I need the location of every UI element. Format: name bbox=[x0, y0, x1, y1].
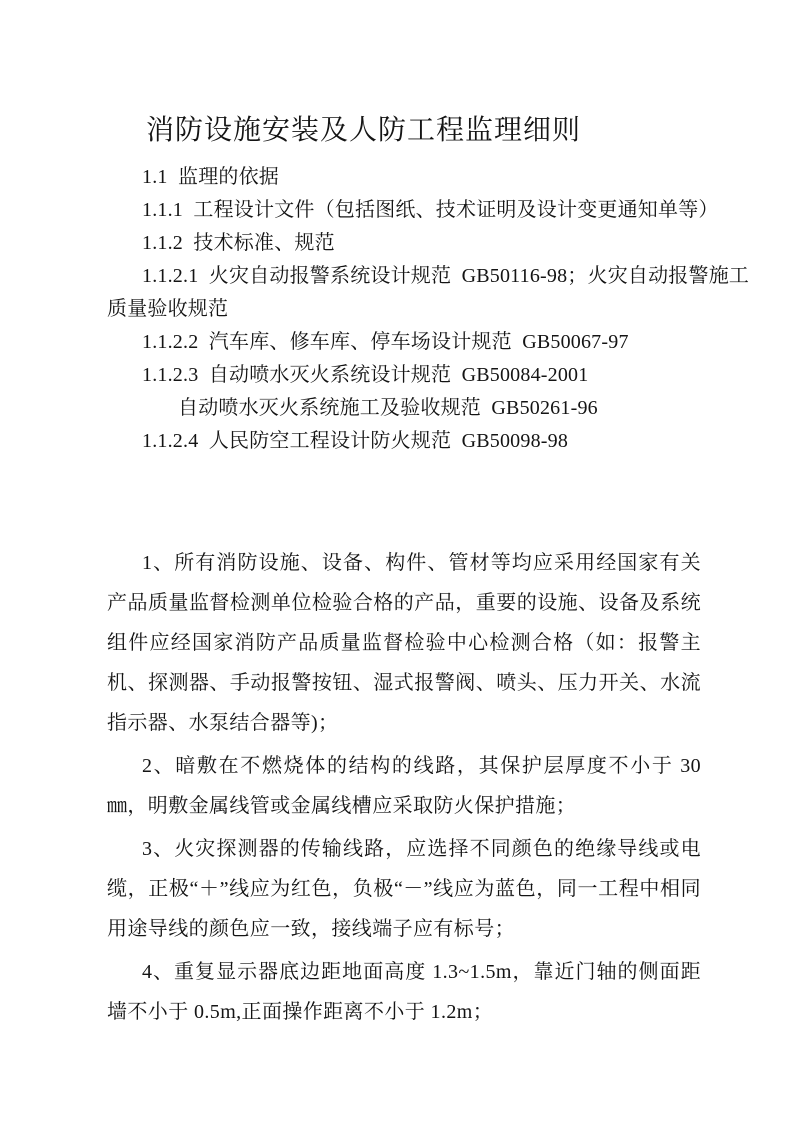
basis-line-1-1: 1.1 监理的依据 bbox=[107, 161, 717, 194]
basis-line-1-1-2-1: 1.1.2.1 火灾自动报警系统设计规范 GB50116-98；火灾自动报警施工 bbox=[107, 260, 717, 293]
basis-section: 1.1 监理的依据 1.1.1 工程设计文件（包括图纸、技术证明及设计变更通知单… bbox=[107, 161, 717, 458]
basis-line-1-1-2: 1.1.2 技术标准、规范 bbox=[107, 227, 717, 260]
basis-line-1-1-2-2: 1.1.2.2 汽车库、修车库、停车场设计规范 GB50067-97 bbox=[107, 326, 717, 359]
requirement-paragraph-1: 1、所有消防设施、设备、构件、管材等均应采用经国家有关产品质量监督检测单位检验合… bbox=[107, 543, 701, 743]
document-page: 消防设施安装及人防工程监理细则 1.1 监理的依据 1.1.1 工程设计文件（包… bbox=[0, 0, 793, 1122]
requirement-paragraph-3: 3、火灾探测器的传输线路，应选择不同颜色的绝缘导线或电缆，正极“＋”线应为红色，… bbox=[107, 829, 701, 949]
basis-line-1-1-1: 1.1.1 工程设计文件（包括图纸、技术证明及设计变更通知单等） bbox=[107, 194, 717, 227]
basis-line-1-1-2-4: 1.1.2.4 人民防空工程设计防火规范 GB50098-98 bbox=[107, 425, 717, 458]
requirements-section: 1、所有消防设施、设备、构件、管材等均应采用经国家有关产品质量监督检测单位检验合… bbox=[107, 543, 701, 1035]
basis-line-1-1-2-1-continued: 质量验收规范 bbox=[107, 293, 717, 326]
requirement-paragraph-2: 2、暗敷在不燃烧体的结构的线路，其保护层厚度不小于 30 ㎜，明敷金属线管或金属… bbox=[107, 746, 701, 826]
basis-line-1-1-2-3: 1.1.2.3 自动喷水灭火系统设计规范 GB50084-2001 bbox=[107, 359, 717, 392]
basis-line-1-1-2-3-continued: 自动喷水灭火系统施工及验收规范 GB50261-96 bbox=[107, 392, 717, 425]
document-title: 消防设施安装及人防工程监理细则 bbox=[146, 112, 581, 150]
requirement-paragraph-4: 4、重复显示器底边距地面高度 1.3~1.5m，靠近门轴的侧面距墙不小于 0.5… bbox=[107, 952, 701, 1032]
